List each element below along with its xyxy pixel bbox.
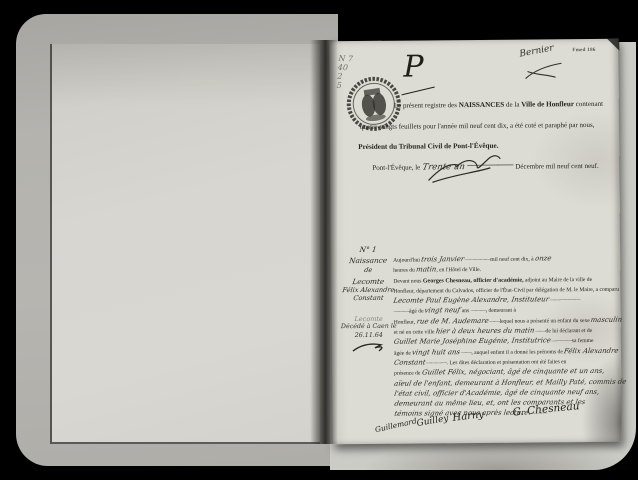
text-segment-rule: ——— [471,308,486,314]
text-segment-hand: masculin [590,315,623,323]
text-segment-rule: ————— [464,257,490,263]
top-right-print-mark: Fmed 186 [572,48,595,53]
text-segment-hand: Lecomte Paul Eugène Alexandre, Institute… [393,296,550,305]
text-line: Le présent registre des NAISSANCES de la… [358,93,598,116]
page-corner-fold [606,38,619,51]
text-segment-rule: —————— [549,297,580,303]
margin-title: Naissance [335,256,402,266]
spine-shadow [310,40,338,444]
text-segment-hand: l'état civil, officier d'Académie, âgé d… [394,388,600,398]
death-margin-note: 26.11.64 [336,331,402,340]
signature: Guillemard [374,416,417,434]
president-signature-paraph-icon [424,150,506,187]
margin-column: N° 1 Naissance de Lecomte Félix Alexandr… [335,245,402,355]
text-segment-print: Le présent registre des [394,101,459,110]
stamp-letter-p: P [403,49,423,84]
text-line: quatre-vingts feuillets pour l'année mil… [358,113,598,136]
text-segment-hand: onze [534,254,552,262]
margin-name: Constant [335,294,402,303]
top-right-script: Bernier [519,43,555,59]
top-right-paraph-icon [523,61,565,81]
death-margin-note: Décédé à Caen le [336,323,402,332]
text-segment-rule: ——— [394,309,410,315]
text-segment-hand: matin [416,266,437,274]
right-page: N 7 40 2 5 P Bernier Fmed 186 Le présent… [329,39,622,445]
death-note-paraph-icon [351,341,387,353]
text-segment-hand: hier à deux heures du matin [435,327,535,336]
text-segment-rule: —— [460,350,471,356]
text-segment-rule: —— [488,319,499,325]
text-segment-print: sa femme [572,338,594,344]
text-segment-hand: vingt huit ans [412,348,461,356]
act-number: N° 1 [334,245,401,255]
text-segment-hand: demeurant au même lieu, et, ont les comp… [394,398,586,408]
margin-link-word: de [335,266,402,275]
text-segment-hand: Guillet Félix, négociant, âgé de cinquan… [421,367,605,377]
text-segment-hand: trois Janvier [421,255,465,263]
text-segment-rule: ———— [551,339,572,345]
text-segment-hand: Constant [393,358,426,366]
text-segment-rule: —— [535,328,546,334]
text-segment-hand: rue de M. Audemare [416,317,489,326]
text-segment-print: Décembre mil neuf cent neuf. [515,161,598,170]
signature: Harny [452,409,485,424]
text-segment-hand: aïeul de l'enfant, demeurant à Honfleur,… [394,377,627,387]
act-body: Aujourd'hui trois Janvier ————— mil neuf… [393,247,620,414]
text-segment-print: mil neuf cent dix, à [490,256,535,262]
text-segment-hand: Félix Alexandre [564,346,620,354]
text-segment-printb: NAISSANCES [459,101,505,109]
scan-background: N 7 40 2 5 P Bernier Fmed 186 Le présent… [0,0,638,480]
text-segment-print: contenant [574,100,603,108]
text-segment-hand: vingt neuf [424,307,461,315]
text-segment-rule: ———— [426,360,447,366]
text-segment-print: quatre-vingts feuillets pour l'année mil… [360,120,595,130]
text-segment-print: de la [504,101,521,109]
text-segment-printb: Ville de Honfleur [521,100,574,108]
text-segment-print: Pont-l'Évêque, le [372,163,422,171]
left-page [50,44,320,444]
text-segment-print: de lui déclarant et de [546,328,593,334]
